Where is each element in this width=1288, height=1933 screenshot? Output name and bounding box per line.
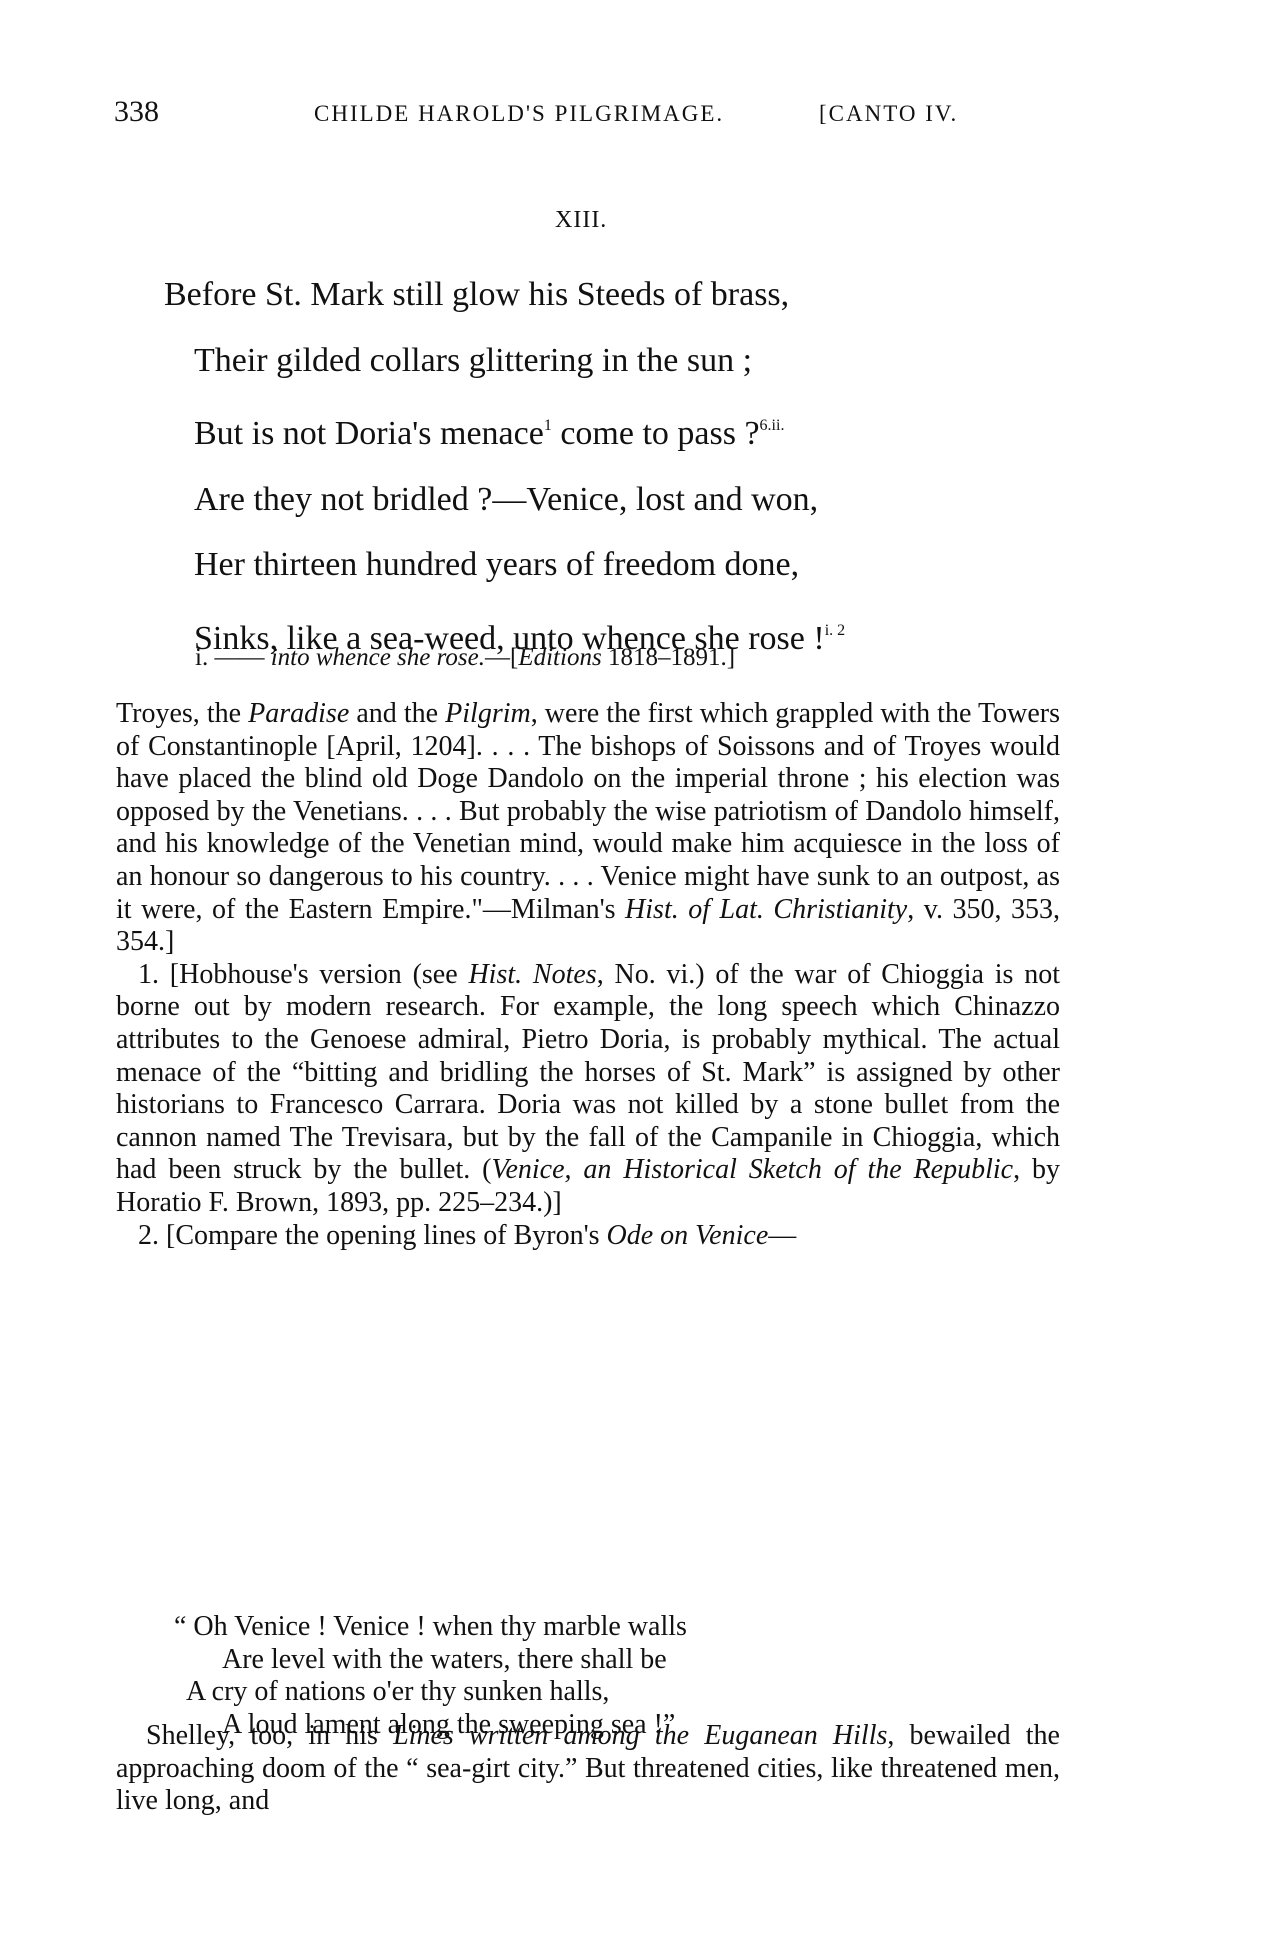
note-paragraph: Shelley, too, in his Lines written among… [116, 1720, 1060, 1818]
stanza-number: XIII. [555, 207, 607, 234]
note-ref: 6.ii. [760, 417, 785, 434]
running-title: CHILDE HAROLD'S PILGRIMAGE. [314, 101, 724, 127]
quote-line: “ Oh Venice ! Venice ! when thy marble w… [174, 1611, 687, 1644]
canto-label: [CANTO IV. [819, 101, 958, 127]
page-number: 338 [114, 95, 159, 129]
footnote-ref: 1 [544, 417, 552, 434]
quote-line: Are level with the waters, there shall b… [186, 1644, 687, 1677]
notes-continuation: Shelley, too, in his Lines written among… [116, 1720, 1060, 1818]
note-paragraph: Troyes, the Paradise and the Pilgrim, we… [116, 698, 1060, 959]
note-ref: i. 2 [825, 622, 845, 639]
quote-line: A cry of nations o'er thy sunken halls, [186, 1676, 687, 1709]
variant-reading: i. —— into whence she rose.—[Editions 18… [195, 644, 735, 672]
verse-line: But is not Doria's menace1 come to pass … [164, 393, 845, 467]
notes-body: Troyes, the Paradise and the Pilgrim, we… [116, 698, 1060, 1252]
verse-line: Her thirteen hundred years of freedom do… [164, 532, 845, 598]
running-header: 338 CHILDE HAROLD'S PILGRIMAGE. [CANTO I… [114, 95, 1064, 135]
footnote-2: 2. [Compare the opening lines of Byron's… [116, 1220, 1060, 1253]
footnote-1: 1. [Hobhouse's version (see Hist. Notes,… [116, 959, 1060, 1220]
verse-line: Before St. Mark still glow his Steeds of… [164, 262, 845, 328]
book-page: 338 CHILDE HAROLD'S PILGRIMAGE. [CANTO I… [0, 0, 1288, 1933]
verse-line: Are they not bridled ?—Venice, lost and … [164, 467, 845, 533]
verse-line: Their gilded collars glittering in the s… [164, 328, 845, 394]
stanza-verse: Before St. Mark still glow his Steeds of… [164, 262, 845, 671]
